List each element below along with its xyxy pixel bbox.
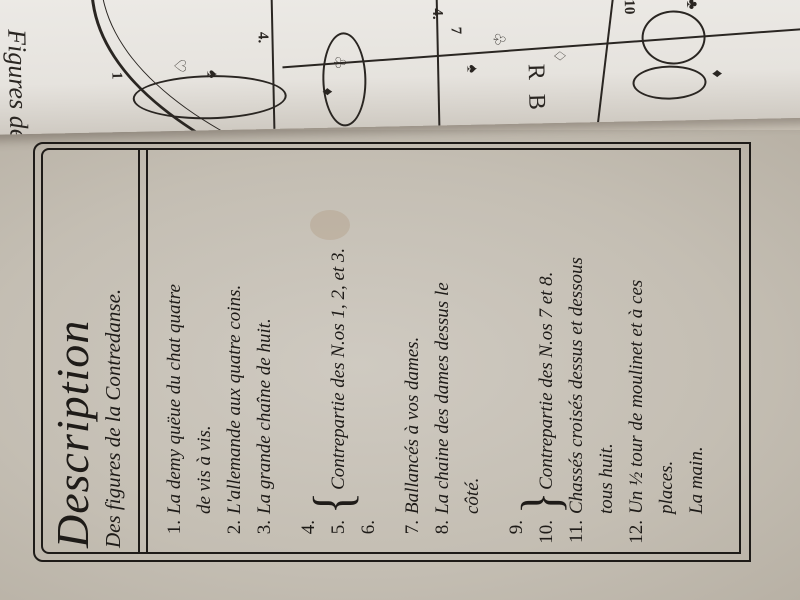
- brace-icon: {: [321, 492, 357, 514]
- list-item: 11.Chassés croisés dessus et dessous: [562, 148, 592, 548]
- title-divider: [146, 148, 148, 552]
- list-item-continuation: tous huit.: [592, 148, 622, 548]
- brace-icon: }: [529, 492, 565, 514]
- list-item: 5.{Contrepartie des N.os 1, 2, et 3.: [324, 148, 354, 548]
- spade-icon: ♠: [462, 64, 480, 73]
- page-title: Description: [50, 148, 96, 548]
- title-divider: [138, 148, 140, 552]
- list-item: 2.L'allemande aux quatre coins.: [220, 148, 250, 548]
- list-item: 1.La demy quëue du chat quatre: [160, 148, 190, 548]
- list-item: 12.Un ½ tour de moulinet et à ces: [622, 148, 652, 548]
- cell-number: 1: [107, 72, 124, 80]
- list-item: 3.La grande chaîne de huit.: [250, 148, 280, 548]
- plate-vertical-title: Figures de: [1, 29, 33, 135]
- list-item-continuation: de vis à vis.: [190, 148, 220, 548]
- club-icon: ♣: [682, 0, 700, 10]
- diamond-icon: ♦: [707, 69, 725, 78]
- list-item: 10.}Contrepartie des N.os 7 et 8.: [532, 148, 562, 548]
- list-item-continuation: La main.: [682, 148, 712, 548]
- cell-number: 4.: [253, 32, 270, 44]
- title-block: Description Des figures de la Contredans…: [50, 148, 126, 548]
- figure-list: 1.La demy quëue du chat quatre de vis à …: [160, 148, 712, 548]
- list-item: 7.Ballancés à vos dames.: [398, 148, 428, 548]
- diamond-icon: ♢: [549, 49, 569, 64]
- page-subtitle: Des figures de la Contredanse.: [100, 148, 126, 548]
- heart-icon: ♡: [169, 58, 189, 73]
- club-icon: ♧: [489, 32, 509, 47]
- cell-number: 10: [620, 0, 637, 15]
- list-item: 9.: [502, 148, 532, 548]
- plate-letter: R: [522, 64, 549, 81]
- list-item: 4.: [294, 148, 324, 548]
- list-item: 6.: [354, 148, 384, 548]
- list-item: 8.La chaine des dames dessus le: [428, 148, 458, 548]
- plate-letter: B: [522, 94, 549, 111]
- cell-number: 4.: [428, 8, 445, 20]
- diagram-plate: Figures de 1 4. 4. 7 10 B R ♡ ♠ ♧ ♦ ♧ ♠ …: [0, 0, 800, 135]
- cell-number: 7: [447, 27, 464, 35]
- list-item-continuation: côté.: [458, 148, 488, 548]
- list-item-continuation: places.: [652, 148, 682, 548]
